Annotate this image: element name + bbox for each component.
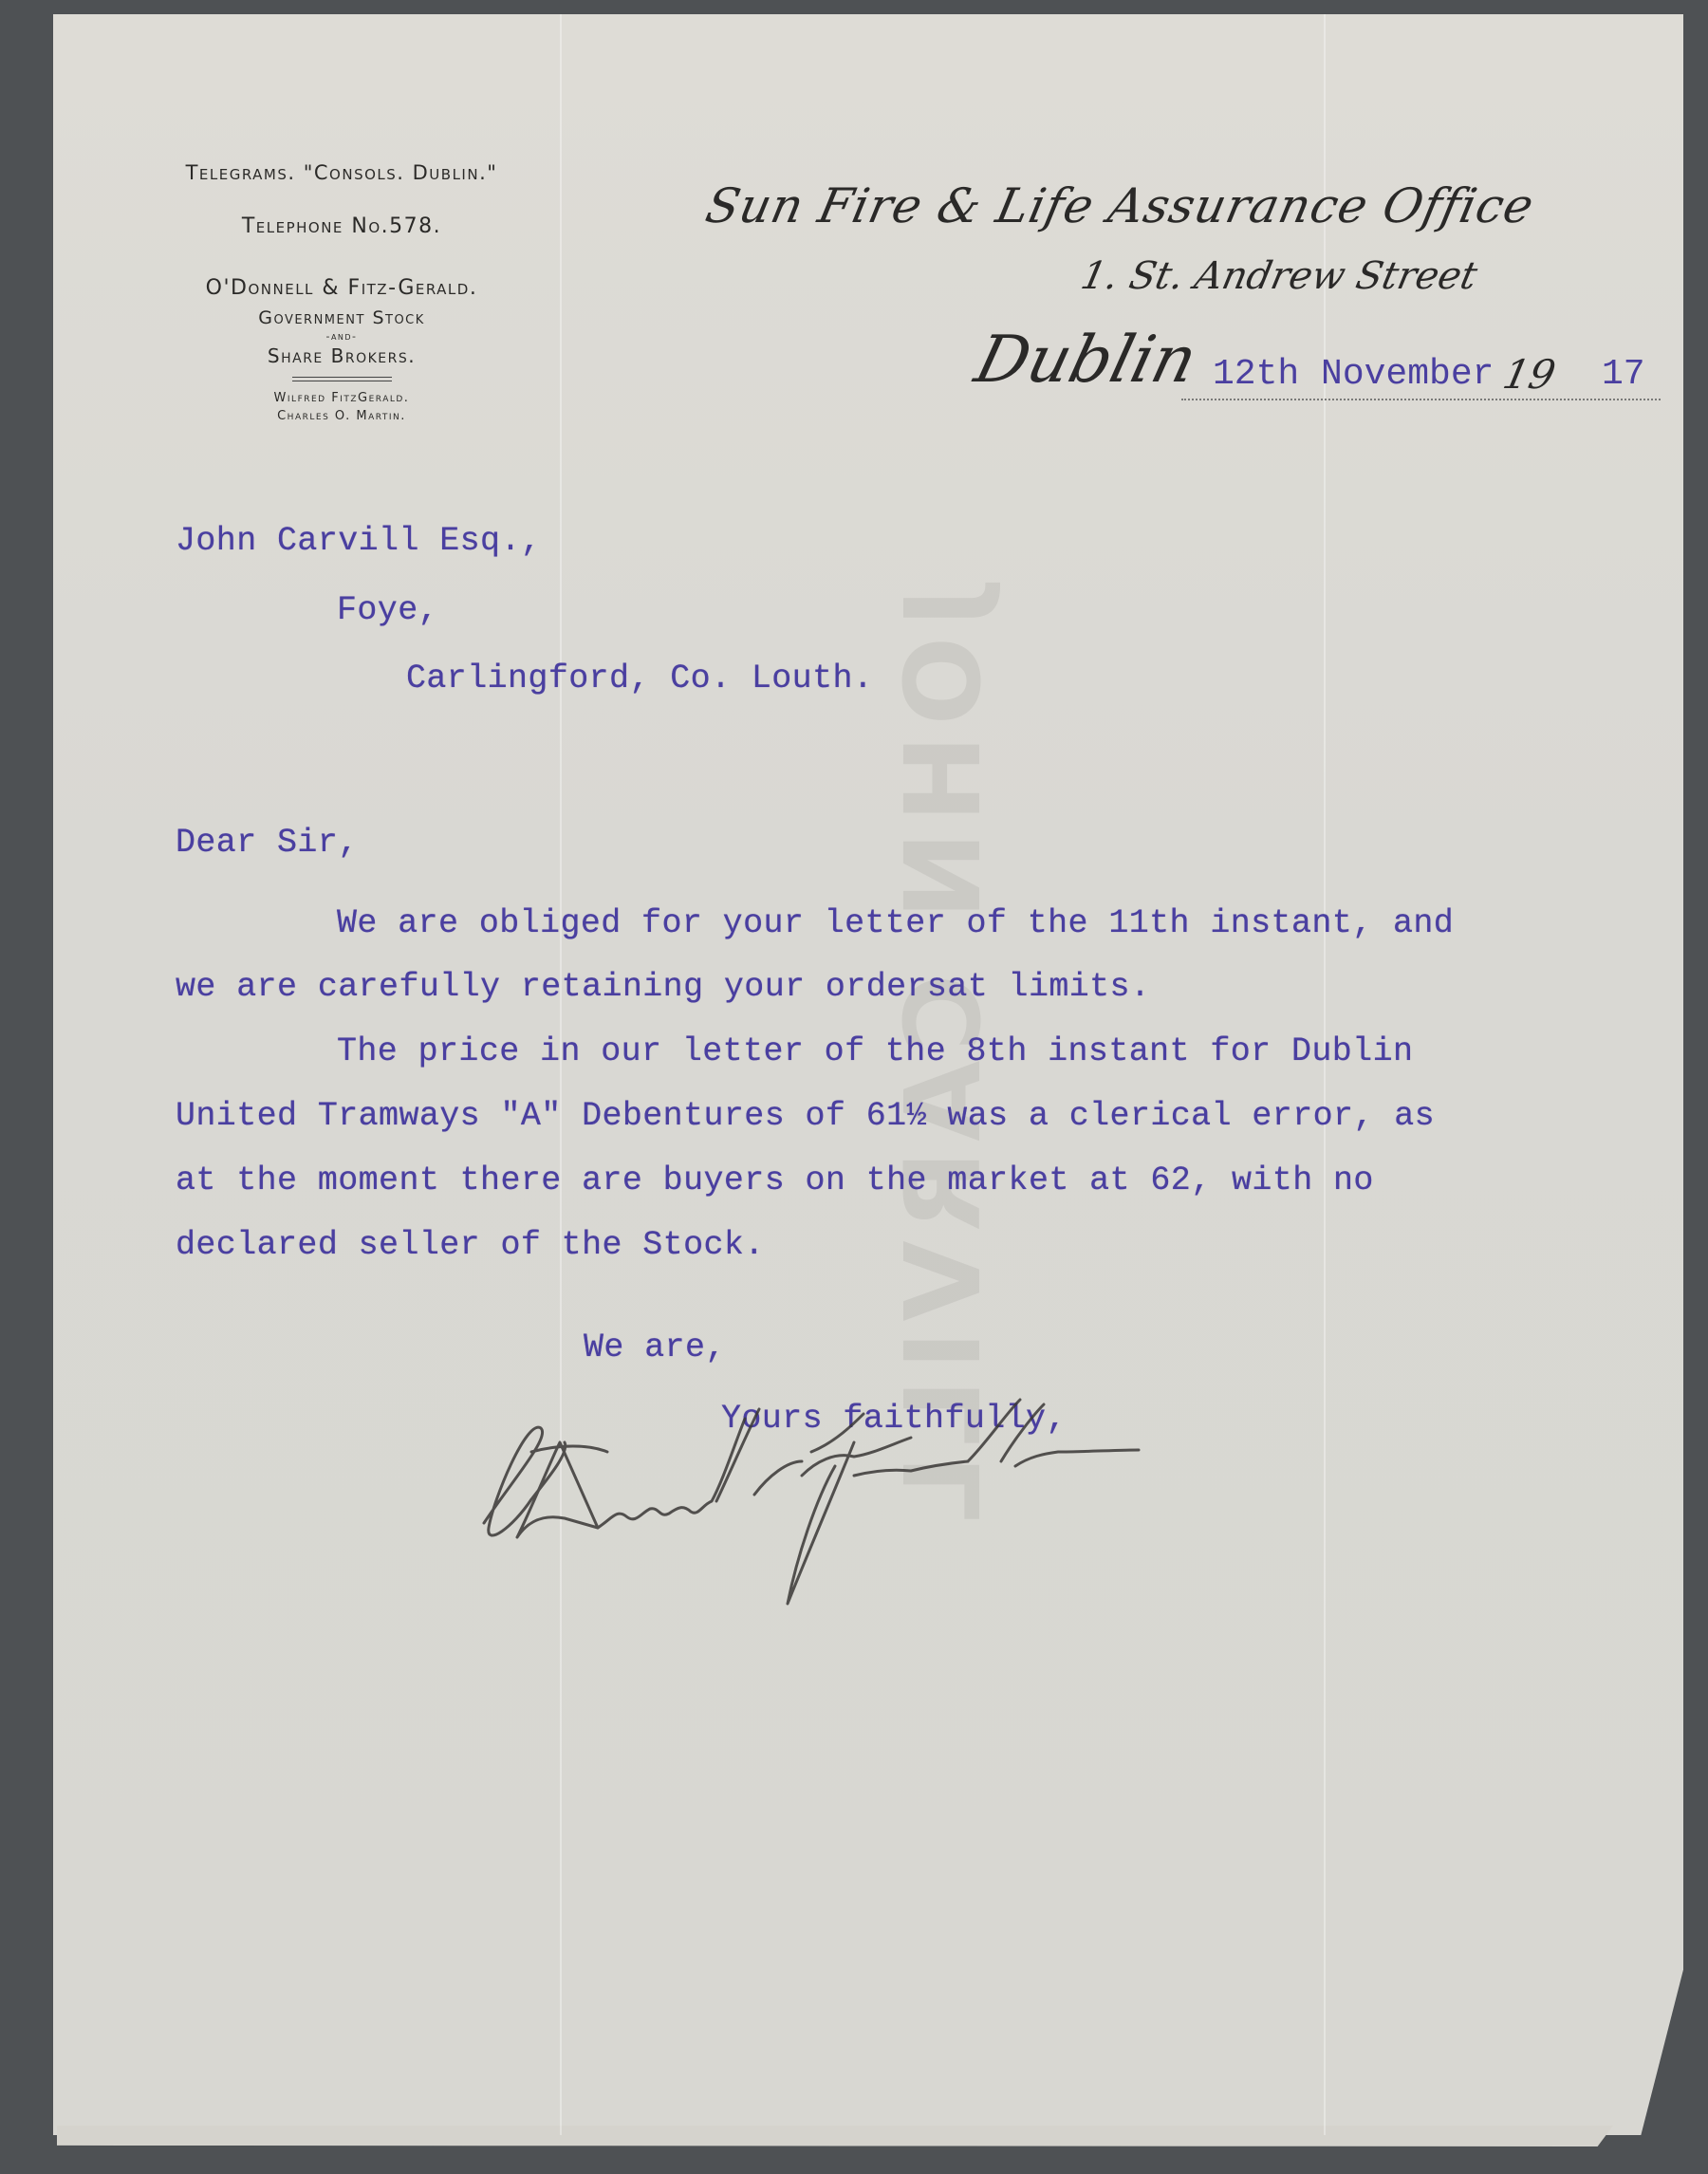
letterhead-share-brokers: Share Brokers.: [161, 344, 522, 367]
paper-crease: [1324, 14, 1326, 2135]
letterhead-office: Sun Fire & Life Assurance Office: [701, 178, 1539, 233]
closing-line: We are,: [584, 1329, 726, 1366]
body-line: The price in our letter of the 8th insta…: [337, 1032, 1413, 1070]
body-line: declared seller of the Stock.: [176, 1226, 765, 1264]
recipient-address-line: Foye,: [337, 591, 438, 629]
letterhead-telephone: Telephone No.578.: [161, 214, 522, 238]
salutation: Dear Sir,: [176, 824, 359, 862]
date-year: 17: [1602, 354, 1645, 395]
letterhead-and: -and-: [161, 330, 522, 343]
body-line: United Tramways "A" Debentures of 61½ wa…: [176, 1097, 1435, 1135]
body-line: at the moment there are buyers on the ma…: [176, 1161, 1374, 1199]
letterhead-partner: Wilfred FitzGerald.: [161, 391, 522, 405]
letterhead-divider: [292, 377, 392, 381]
letterhead-telegrams: Telegrams. "Consols. Dublin.": [161, 161, 522, 184]
body-line: we are carefully retaining your ordersat…: [176, 968, 1150, 1006]
letterhead-city: Dublin: [968, 323, 1204, 398]
letterhead-firm-block: Telegrams. "Consols. Dublin." Telephone …: [161, 161, 522, 423]
recipient-address-line: Carlingford, Co. Louth.: [406, 660, 873, 697]
date-day-month: 12th November: [1213, 354, 1494, 395]
paper-crease: [560, 14, 562, 2135]
letterhead-firm-name: O'Donnell & Fitz-Gerald.: [161, 276, 522, 300]
letterhead-partner: Charles O. Martin.: [161, 409, 522, 423]
paper-fold-edge: [57, 2126, 1613, 2146]
date-dotted-line: [1181, 399, 1661, 400]
letterhead-government-stock: Government Stock: [161, 307, 522, 328]
date-century: 19: [1499, 351, 1560, 398]
recipient-name: John Carvill Esq.,: [176, 522, 541, 560]
letterhead-street: 1. St. Andrew Street: [1077, 254, 1481, 298]
body-line: We are obliged for your letter of the 11…: [337, 904, 1454, 942]
handwritten-signature: [474, 1385, 1423, 1632]
